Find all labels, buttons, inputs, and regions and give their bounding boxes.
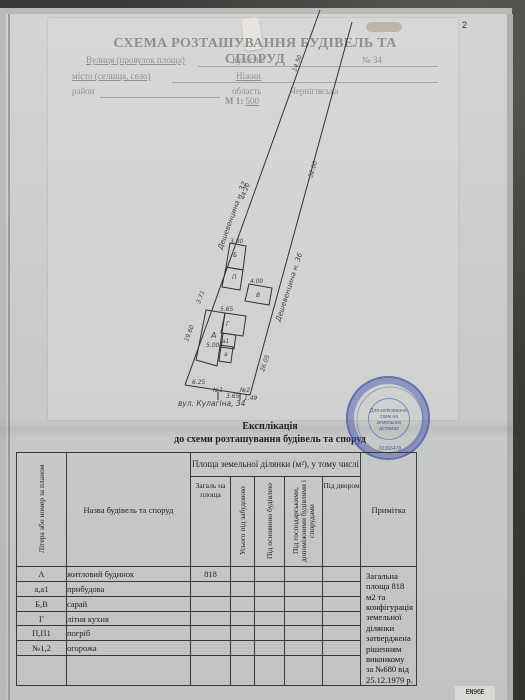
header-main-building: Під основною будівлею: [255, 477, 285, 567]
svg-text:а1: а1: [222, 338, 230, 345]
svg-text:14.50: 14.50: [291, 54, 304, 73]
svg-text:№2: №2: [239, 387, 250, 394]
svg-text:5.65: 5.65: [220, 306, 234, 313]
row-name: житловий будинок: [67, 567, 191, 582]
row-name: прибудова: [67, 581, 191, 596]
official-stamp: 02366478 Для копіювання, схем на земельн…: [346, 376, 430, 460]
row-cell: [323, 656, 361, 686]
row-code: П,П1: [17, 626, 67, 641]
row-cell: [285, 567, 323, 582]
row-cell: [231, 567, 255, 582]
row-cell: [323, 611, 361, 626]
row-total: [191, 641, 231, 656]
row-total: [191, 626, 231, 641]
row-name: сарай: [67, 596, 191, 611]
header-built: Усього під забудовою: [231, 477, 255, 567]
row-code: [17, 656, 67, 686]
table-row: Г літня кухня: [17, 611, 417, 626]
row-code: №1,2: [17, 641, 67, 656]
row-cell: [323, 567, 361, 582]
row-cell: [285, 641, 323, 656]
svg-text:вул. Кулагіна, 34: вул. Кулагіна, 34: [178, 399, 246, 408]
row-cell: [255, 656, 285, 686]
row-code: Б,В: [17, 596, 67, 611]
svg-text:а: а: [224, 351, 228, 358]
row-code: Г: [17, 611, 67, 626]
header-total-area: Загаль на площа: [191, 477, 231, 567]
stamp-center-text: Для копіювання, схем на земельних ділянк…: [368, 398, 410, 440]
row-cell: [255, 641, 285, 656]
table-row: [17, 656, 417, 686]
row-total: [191, 581, 231, 596]
header-note: Примітка: [361, 453, 417, 567]
row-cell: [255, 626, 285, 641]
svg-text:52.00: 52.00: [307, 160, 319, 179]
svg-text:4.00: 4.00: [250, 278, 264, 285]
row-cell: [255, 581, 285, 596]
row-cell: [285, 581, 323, 596]
svg-text:В: В: [256, 292, 260, 299]
site-plan-drawing: 14.50 44.20 52.00 Дешевенцина н. 32 Деше…: [0, 0, 525, 420]
row-cell: [231, 611, 255, 626]
svg-text:Г: Г: [226, 321, 230, 328]
row-cell: [231, 656, 255, 686]
row-total: [191, 611, 231, 626]
row-name: літня кухня: [67, 611, 191, 626]
header-area-group: Площа земельної ділянки (м²), у тому чис…: [191, 453, 361, 477]
svg-text:А: А: [210, 331, 216, 340]
row-cell: [255, 596, 285, 611]
row-total: [191, 656, 231, 686]
explication-table: Літера або номер за планом Назва будівел…: [16, 452, 417, 686]
row-name: [67, 656, 191, 686]
row-cell: [323, 641, 361, 656]
row-cell: [285, 656, 323, 686]
note-text: Загальна площа 818 м2 та конфігурація зе…: [361, 567, 417, 686]
row-total: [191, 596, 231, 611]
header-outbuildings: Під господарськими, допоміжними будівлям…: [285, 477, 323, 567]
row-cell: [285, 596, 323, 611]
svg-text:№1: №1: [212, 387, 223, 394]
svg-text:5.00: 5.00: [206, 342, 220, 349]
row-cell: [285, 611, 323, 626]
svg-text:6.25: 6.25: [192, 379, 206, 386]
svg-text:П: П: [232, 274, 237, 281]
svg-text:3.80: 3.80: [230, 238, 244, 245]
row-cell: [255, 567, 285, 582]
table-row: а,а1 прибудова: [17, 581, 417, 596]
table-row: П,П1 погріб: [17, 626, 417, 641]
row-cell: [323, 581, 361, 596]
svg-text:Б: Б: [233, 252, 237, 259]
row-cell: [285, 626, 323, 641]
svg-text:19.60: 19.60: [183, 324, 196, 343]
row-name: огорожа: [67, 641, 191, 656]
row-code: А: [17, 567, 67, 582]
header-name: Назва будівель та споруд: [67, 453, 191, 567]
row-cell: [323, 626, 361, 641]
row-cell: [231, 641, 255, 656]
svg-text:Дешевенцина н. 36: Дешевенцина н. 36: [274, 251, 304, 323]
corner-tag: EN96E: [455, 686, 495, 700]
header-yard: Під двором: [323, 477, 361, 567]
table-row: №1,2 огорожа: [17, 641, 417, 656]
row-code: а,а1: [17, 581, 67, 596]
svg-text:3.71: 3.71: [195, 290, 206, 305]
row-cell: [255, 611, 285, 626]
row-total: 818: [191, 567, 231, 582]
table-row: А житловий будинок 818 Загальна площа 81…: [17, 567, 417, 582]
row-cell: [231, 581, 255, 596]
row-name: погріб: [67, 626, 191, 641]
svg-text:26.05: 26.05: [259, 354, 271, 373]
header-letter: Літера або номер за планом: [17, 453, 67, 567]
svg-text:1.49: 1.49: [244, 395, 258, 402]
table-row: Б,В сарай: [17, 596, 417, 611]
row-cell: [231, 626, 255, 641]
row-cell: [323, 596, 361, 611]
row-cell: [231, 596, 255, 611]
